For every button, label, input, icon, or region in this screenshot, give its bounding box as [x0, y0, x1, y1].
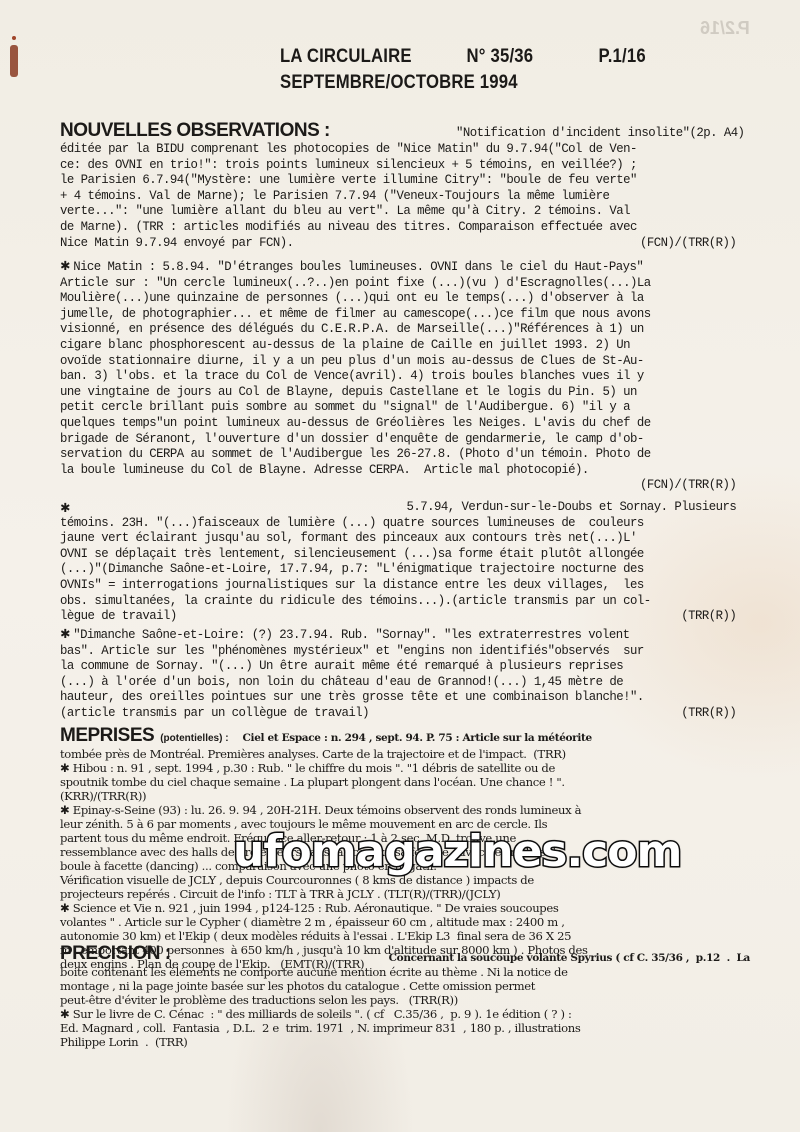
section-heading: NOUVELLES OBSERVATIONS :	[60, 120, 330, 142]
paragraph: ✱ Nice Matin : 5.8.94. "D'étranges boule…	[60, 258, 736, 478]
item-sornay: ✱ "Dimanche Saône-et-Loire: (?) 23.7.94.…	[60, 626, 750, 722]
text-line: quelques temps"un point lumineux au-dess…	[60, 416, 736, 432]
credit: (FCN)/(TRR(R))	[60, 236, 736, 252]
text-line: petit cercle brillant puis sombre au som…	[60, 400, 736, 416]
text-line: ✱ Epinay-s-Seine (93) : lu. 26. 9. 94 , …	[60, 803, 750, 817]
section-heading: PRECISION :	[60, 943, 171, 965]
text-line: OVNIs" = interrogations journalistiques …	[60, 578, 736, 594]
credit: (FCN)/(TRR(R))	[60, 478, 736, 494]
text-line: jumelle, de photographier... et même de …	[60, 307, 736, 323]
section-precision: PRECISION : Concernant la soucoupe volan…	[60, 943, 750, 1049]
text-line: Philippe Lorin . (TRR)	[60, 1035, 750, 1049]
ink-stain	[12, 36, 16, 40]
text-line: boite contenant les éléments ne comporte…	[60, 965, 750, 979]
last-line-text: (article transmis par un collègue de tra…	[60, 706, 369, 722]
text-line: Article sur : "Un cercle lumineux(..?..)…	[60, 276, 736, 292]
issue-date: SEPTEMBRE/OCTOBRE 1994	[280, 72, 518, 98]
text-line: (...) à l'orée d'un bois, non loin du ch…	[60, 675, 736, 691]
credit: (TRR(R))	[681, 706, 736, 722]
last-line-text: lègue de travail)	[60, 609, 177, 625]
text-line: tombée près de Montréal. Premières analy…	[60, 747, 750, 761]
issue-number: N° 35/36	[467, 46, 599, 72]
first-line-text: Ciel et Espace : n. 294 , sept. 94. P. 7…	[243, 731, 592, 745]
text-line: cigare blanc phosphorescent au-dessus de…	[60, 338, 736, 354]
page-number: P.1/16	[599, 46, 646, 72]
paragraph: boite contenant les éléments ne comporte…	[60, 965, 750, 1049]
text-line: projecteurs repérés . Circuit de l'info …	[60, 887, 750, 901]
text-line: ✱ "Dimanche Saône-et-Loire: (?) 23.7.94.…	[60, 626, 736, 644]
text-line: OVNI se déplaçait très lentement, silenc…	[60, 547, 736, 563]
publication-title: LA CIRCULAIRE	[280, 46, 467, 72]
bleed-through-page-mark: P.2/16	[700, 18, 750, 39]
watermark: ufomagazines.com	[233, 826, 681, 877]
paragraph: ✱ "Dimanche Saône-et-Loire: (?) 23.7.94.…	[60, 626, 736, 706]
text-line: (KRR)/(TRR(R))	[60, 789, 750, 803]
text-line: spoutnik tombe du ciel chaque semaine . …	[60, 775, 750, 789]
bullet-asterisk-icon: ✱	[60, 1007, 73, 1021]
text-line: témoins. 23H. "(...)faisceaux de lumière…	[60, 516, 736, 532]
text-line: visionné, en présence des délégués du C.…	[60, 322, 736, 338]
text-line: ✱ Sur le livre de C. Cénac : " des milli…	[60, 1007, 750, 1021]
text-line: éditée par la BIDU comprenant les photoc…	[60, 142, 736, 158]
bullet-asterisk-icon: ✱	[60, 626, 73, 641]
first-line-text: "Notification d'incident insolite"(2p. A…	[456, 126, 744, 142]
item-verdun: ✱ 5.7.94, Verdun-sur-le-Doubs et Sornay.…	[60, 500, 750, 625]
bullet-asterisk-icon: ✱	[60, 803, 73, 817]
ink-stain	[10, 45, 18, 77]
text-line: obs. simultanées, la crainte du ridicule…	[60, 594, 736, 610]
text-line: + 4 témoins. Val de Marne); le Parisien …	[60, 189, 736, 205]
text-line: verte...": "une lumière allant du bleu a…	[60, 204, 736, 220]
section-heading: MEPRISES	[60, 725, 154, 747]
text-line: Moulière(...)une quinzaine de personnes …	[60, 291, 736, 307]
text-line: ovoïde stationnaire diurne, il y a un pe…	[60, 354, 736, 370]
item-nice-matin: ✱ Nice Matin : 5.8.94. "D'étranges boule…	[60, 258, 750, 494]
text-line: brigade de Séranont, l'ouverture d'un do…	[60, 432, 736, 448]
bullet-asterisk-icon: ✱	[60, 761, 73, 775]
text-line: le Parisien 6.7.94("Mystère: une lumière…	[60, 173, 736, 189]
bullet-asterisk-icon: ✱	[60, 901, 73, 915]
text-line: la commune de Sornay. "(...) Un être aur…	[60, 659, 736, 675]
text-line: peut-être d'éviter le problème des tradu…	[60, 993, 750, 1007]
first-line-text: Concernant la soucoupe volante Spyrius (…	[389, 951, 750, 965]
text-line: Ed. Magnard , coll. Fantasia , D.L. 2 e …	[60, 1021, 750, 1035]
text-line: autonomie 30 km) et l'Ekip ( deux modèle…	[60, 929, 750, 943]
section-nouvelles-observations: NOUVELLES OBSERVATIONS : "Notification d…	[60, 120, 750, 251]
section-subheading: (potentielles) :	[160, 733, 228, 744]
text-line: volantes " . Article sur le Cypher ( dia…	[60, 915, 750, 929]
page-header: LA CIRCULAIRE N° 35/36 P.1/16 SEPTEMBRE/…	[280, 46, 646, 98]
credit: (TRR(R))	[681, 609, 736, 625]
paragraph: témoins. 23H. "(...)faisceaux de lumière…	[60, 516, 736, 610]
text-line: ✱ Hibou : n. 91 , sept. 1994 , p.30 : Ru…	[60, 761, 750, 775]
text-line: ✱ Nice Matin : 5.8.94. "D'étranges boule…	[60, 258, 736, 276]
text-line: montage , ni la page jointe basée sur le…	[60, 979, 750, 993]
text-line: ✱ Science et Vie n. 921 , juin 1994 , p1…	[60, 901, 750, 915]
text-line: ce: des OVNI en trio!": trois points lum…	[60, 158, 736, 174]
bullet-asterisk-icon: ✱	[60, 500, 70, 516]
text-line: une vingtaine de jours au Col de Blayne,…	[60, 385, 736, 401]
text-line: la boule lumineuse du Col de Blayne. Adr…	[60, 463, 736, 479]
first-line-text: 5.7.94, Verdun-sur-le-Doubs et Sornay. P…	[407, 500, 737, 516]
text-line: (...)"(Dimanche Saône-et-Loire, 17.7.94,…	[60, 562, 736, 578]
text-line: hauteur, des oreilles pointues sur une t…	[60, 690, 736, 706]
bullet-asterisk-icon: ✱	[60, 258, 73, 273]
text-line: ban. 3) l'obs. et la trace du Col de Ven…	[60, 369, 736, 385]
text-line: bas". Article sur les "phénomènes mystér…	[60, 644, 736, 660]
text-line: servation du CERPA au sommet de l'Audibe…	[60, 447, 736, 463]
text-line: jaune vert éclairant jusqu'au sol, forma…	[60, 531, 736, 547]
text-line: de Marne). (TRR : articles modifiés au n…	[60, 220, 736, 236]
